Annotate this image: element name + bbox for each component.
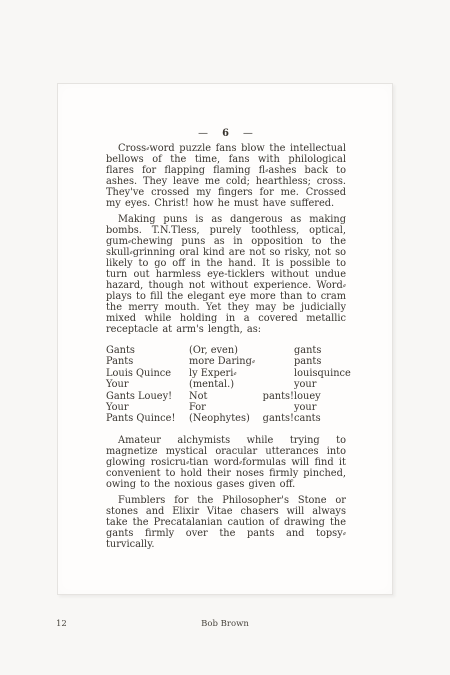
table-row: Gants (Or, even) gants <box>106 345 346 356</box>
table-cell-right: pants <box>294 356 346 367</box>
table-cell-left: Pants Quince! <box>106 413 189 424</box>
table-cell-left: Louis Quince <box>106 368 189 379</box>
table-cell-left: Gants <box>106 345 189 356</box>
table-cell-right: your <box>294 379 346 390</box>
table-row: Pants Quince! (Neophytes)gants! cants <box>106 413 346 424</box>
paragraph-alchymists: Amateur alchymists while trying to magne… <box>106 435 346 490</box>
paragraph-puns: Making puns is as dangerous as making bo… <box>106 214 346 335</box>
table-cell-middle: For <box>189 402 294 413</box>
table-row: Louis Quince ly Experi⸗ louisquince <box>106 368 346 379</box>
paragraph-crossword: Cross⸗word puzzle fans blow the intellec… <box>106 143 346 209</box>
table-row: Your (mental.) your <box>106 379 346 390</box>
table-cell-left: Gants Louey! <box>106 391 189 402</box>
table-cell-middle-text: more Daring⸗ <box>189 356 255 367</box>
table-cell-right: louey <box>294 391 346 402</box>
table-cell-left: Your <box>106 402 189 413</box>
table-cell-left: Pants <box>106 356 189 367</box>
table-cell-middle-text: (Neophytes) <box>189 413 250 424</box>
table-cell-middle-text: ly Experi⸗ <box>189 368 237 379</box>
table-cell-middle: (mental.) <box>189 379 294 390</box>
table-cell-middle-text: Not <box>189 391 207 402</box>
table-cell-middle: ly Experi⸗ <box>189 368 294 379</box>
page-content: — 6 — Cross⸗word puzzle fans blow the in… <box>106 128 346 555</box>
folio-page-number: 6 <box>222 128 230 139</box>
table-cell-right: louisquince <box>294 368 351 379</box>
table-cell-right: cants <box>294 413 346 424</box>
table-row: Your For your <box>106 402 346 413</box>
folio-dash-left: — <box>198 128 209 139</box>
table-cell-middle-text: (mental.) <box>189 379 234 390</box>
table-cell-right: gants <box>294 345 346 356</box>
table-cell-interjection: gants! <box>263 413 294 424</box>
folio-dash-right: — <box>243 128 254 139</box>
table-cell-middle-text: (Or, even) <box>189 345 238 356</box>
table-cell-interjection: pants! <box>263 391 294 402</box>
paragraph-fumblers: Fumblers for the Philosopher's Stone or … <box>106 495 346 550</box>
word-play-table: Gants (Or, even) gants Pants more Daring… <box>106 345 346 425</box>
table-cell-right: your <box>294 402 346 413</box>
folio-header: — 6 — <box>106 128 346 139</box>
footer-author: Bob Brown <box>0 619 450 629</box>
book-page: — 6 — Cross⸗word puzzle fans blow the in… <box>57 83 393 595</box>
table-cell-left: Your <box>106 379 189 390</box>
table-cell-middle: more Daring⸗ <box>189 356 294 367</box>
table-cell-middle-text: For <box>189 402 206 413</box>
table-cell-middle: (Or, even) <box>189 345 294 356</box>
table-cell-middle: (Neophytes)gants! <box>189 413 294 424</box>
table-row: Pants more Daring⸗ pants <box>106 356 346 367</box>
table-row: Gants Louey! Notpants! louey <box>106 391 346 402</box>
table-cell-middle: Notpants! <box>189 391 294 402</box>
